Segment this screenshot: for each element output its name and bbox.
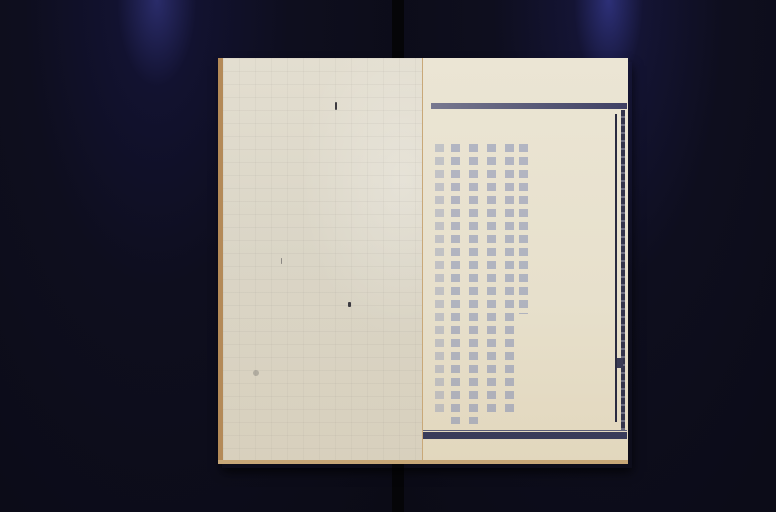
page-bottom-edge [218, 460, 628, 464]
frame-right-outer-border [621, 110, 625, 430]
frame-bottom-border [423, 432, 627, 439]
show-through-column [451, 144, 460, 424]
frame-top-border [431, 103, 627, 109]
ink-fleck [348, 302, 351, 307]
show-through-column [519, 144, 528, 314]
ink-fleck [281, 258, 282, 264]
show-through-column [469, 144, 478, 424]
paper-grid [223, 58, 422, 462]
ink-fleck [253, 370, 259, 376]
frame-right-border [615, 114, 617, 422]
show-through-column [435, 144, 444, 414]
ink-fleck [335, 102, 337, 110]
left-page [218, 58, 422, 462]
block-mark [617, 358, 623, 368]
right-page [422, 58, 628, 462]
show-through-column [505, 144, 514, 414]
show-through-column [487, 144, 496, 414]
frame-bottom-inner-line [423, 430, 627, 431]
